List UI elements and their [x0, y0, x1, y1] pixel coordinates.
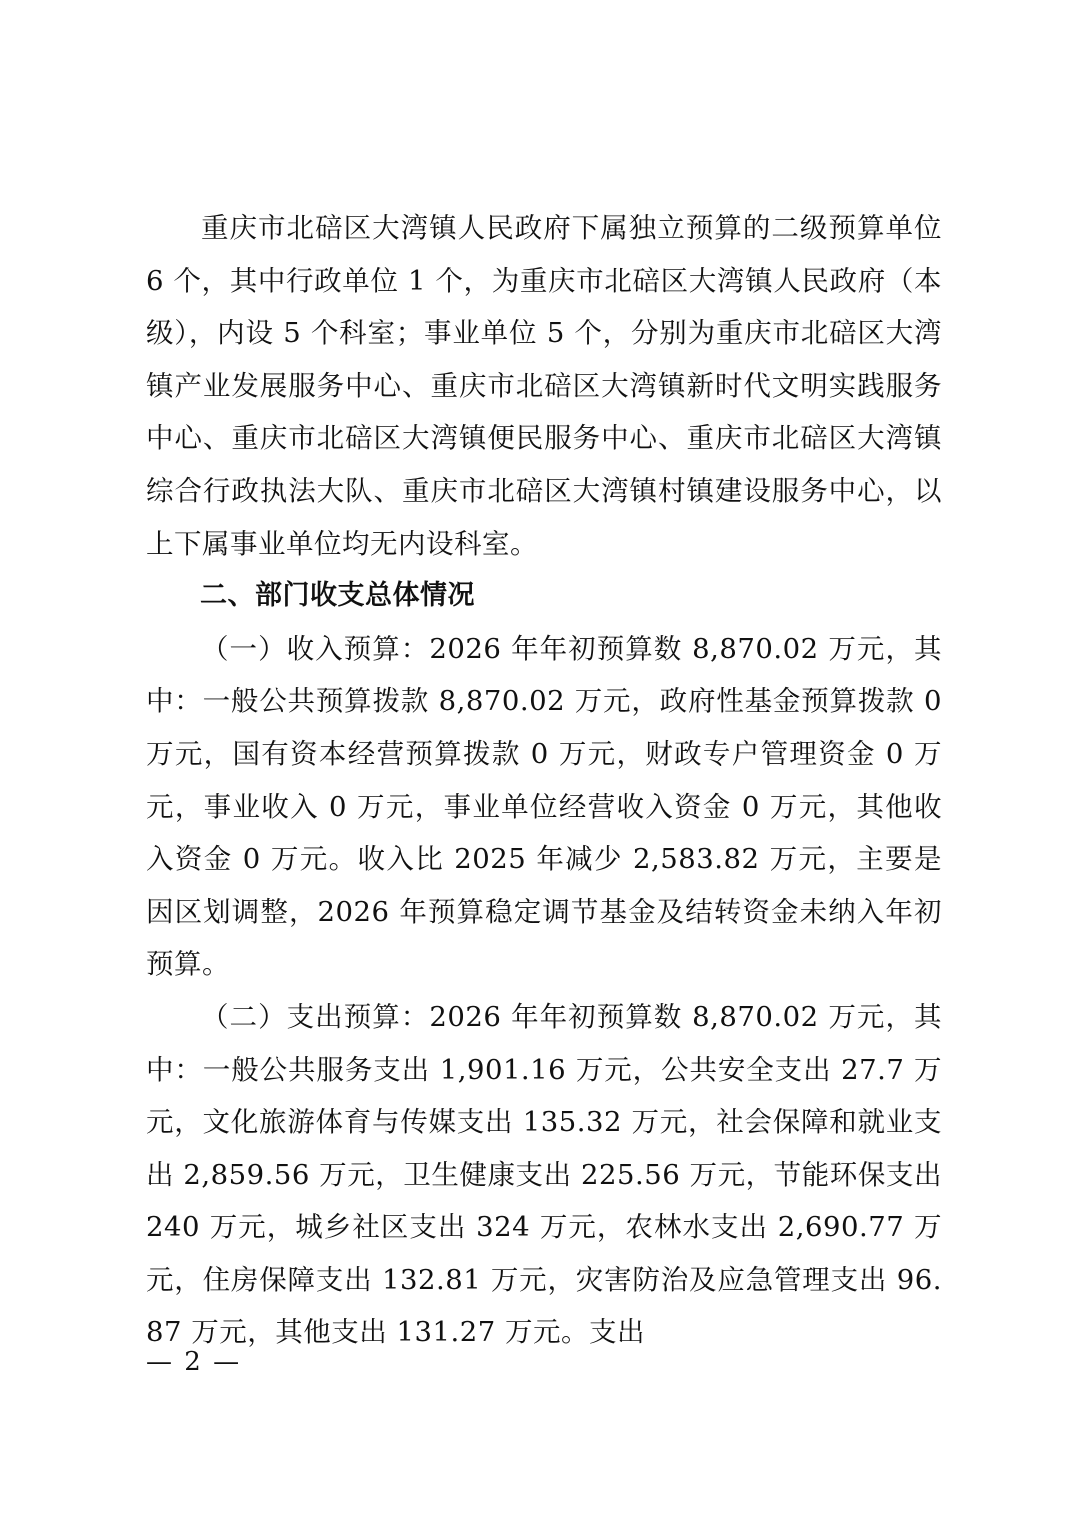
paragraph-budget-units: 重庆市北碚区大湾镇人民政府下属独立预算的二级预算单位 6 个，其中行政单位 1 …: [146, 202, 942, 570]
paragraph-income-budget: （一）收入预算：2026 年年初预算数 8,870.02 万元，其中：一般公共预…: [146, 623, 942, 991]
page-number: — 2 —: [146, 1344, 241, 1380]
paragraph-expenditure-budget: （二）支出预算：2026 年年初预算数 8,870.02 万元，其中：一般公共服…: [146, 991, 942, 1359]
document-body: 重庆市北碚区大湾镇人民政府下属独立预算的二级预算单位 6 个，其中行政单位 1 …: [146, 202, 942, 1359]
section-heading-income-expenditure: 二、部门收支总体情况: [146, 570, 942, 623]
document-page: 重庆市北碚区大湾镇人民政府下属独立预算的二级预算单位 6 个，其中行政单位 1 …: [0, 0, 1074, 1520]
